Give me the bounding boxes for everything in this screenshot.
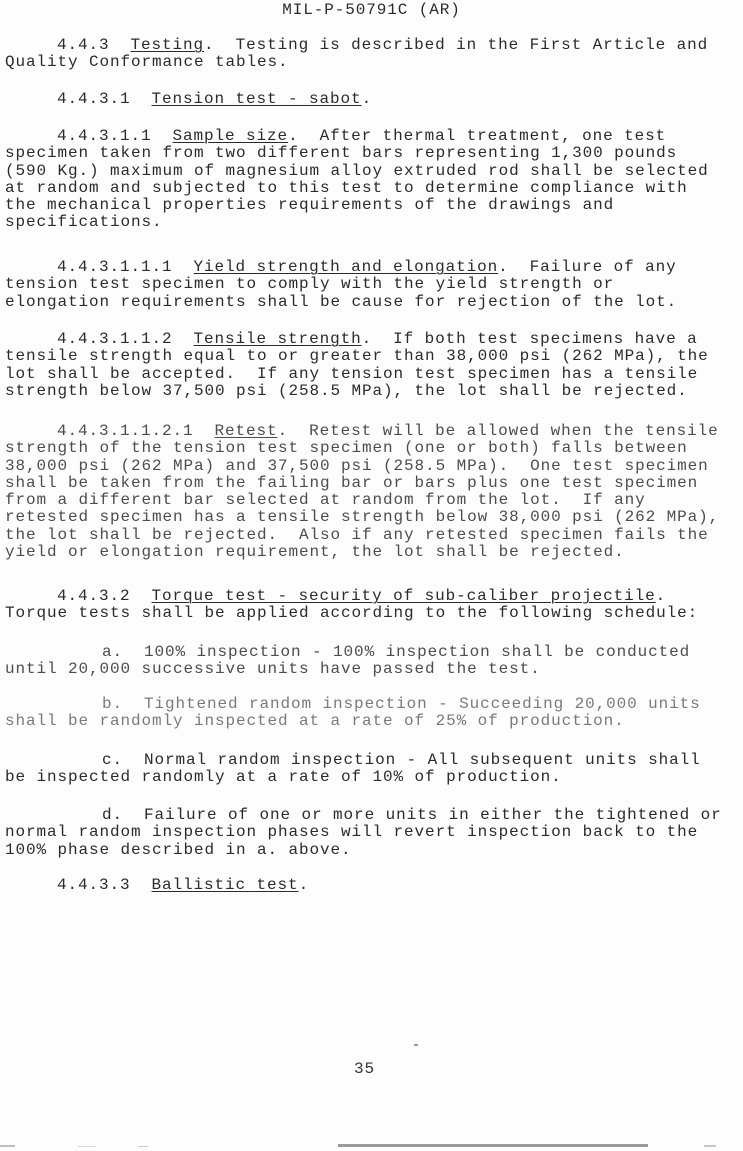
item-letter: b.: [102, 695, 123, 713]
clause-title: Tensile strength: [194, 330, 362, 348]
clause-4-4-3-1-1-2-1-retest: 4.4.3.1.1.2.1 Retest. Retest will be all…: [5, 423, 741, 561]
clause-4-4-3-2-torque-test: 4.4.3.2 Torque test - security of sub-ca…: [5, 588, 741, 623]
clause-4-4-3-testing: 4.4.3 Testing. Testing is described in t…: [5, 37, 741, 72]
clause-number: 4.4.3.1.1.2.1: [57, 422, 194, 440]
schedule-item-b: b. Tightened random inspection - Succeed…: [5, 696, 741, 731]
clause-4-4-3-1-1-2-tensile-strength: 4.4.3.1.1.2 Tensile strength. If both te…: [5, 331, 741, 400]
document-header: MIL-P-50791C (AR): [0, 2, 743, 19]
clause-title: Torque test - security of sub-caliber pr…: [152, 587, 656, 605]
clause-title: Sample size: [173, 127, 289, 145]
clause-4-4-3-3-ballistic-test: 4.4.3.3 Ballistic test.: [5, 877, 741, 894]
item-letter: a.: [102, 643, 123, 661]
clause-4-4-3-1-1-1-yield-strength: 4.4.3.1.1.1 Yield strength and elongatio…: [5, 259, 741, 311]
clause-title: Yield strength and elongation: [194, 258, 499, 276]
clause-number: 4.4.3.1.1.1: [57, 258, 173, 276]
page-number: 35: [354, 1061, 375, 1078]
scanned-document-page: MIL-P-50791C (AR) 4.4.3 Testing. Testing…: [0, 0, 743, 1151]
clause-title: Tension test - sabot: [152, 90, 362, 108]
clause-4-4-3-1-tension-test: 4.4.3.1 Tension test - sabot.: [5, 91, 741, 108]
spec-number: MIL-P-50791C (AR): [282, 1, 461, 19]
clause-number: 4.4.3.3: [57, 876, 131, 894]
schedule-item-d: d. Failure of one or more units in eithe…: [5, 807, 741, 859]
clause-number: 4.4.3.1.1.2: [57, 330, 173, 348]
schedule-item-a: a. 100% inspection - 100% inspection sha…: [5, 644, 741, 679]
clause-body: Retest will be allowed when the tensile …: [5, 422, 719, 561]
clause-4-4-3-1-1-sample-size: 4.4.3.1.1 Sample size. After thermal tre…: [5, 128, 741, 232]
clause-number: 4.4.3.1: [57, 90, 131, 108]
clause-title: Ballistic test: [152, 876, 299, 894]
schedule-item-c: c. Normal random inspection - All subseq…: [5, 752, 741, 787]
clause-title: Testing: [131, 36, 205, 54]
clause-number: 4.4.3.2: [57, 587, 131, 605]
clause-title: Retest: [215, 422, 278, 440]
scan-artifact-bottom-left-2: [78, 1146, 96, 1147]
scan-artifact-bottom-right: [704, 1145, 716, 1147]
clause-body: Torque tests shall be applied according …: [5, 604, 698, 622]
scan-artifact-bottom-left: [0, 1145, 15, 1147]
clause-number: 4.4.3.1.1: [57, 127, 152, 145]
scan-speck: [414, 1044, 418, 1046]
scan-artifact-bottom-line: [338, 1144, 648, 1147]
clause-number: 4.4.3: [57, 36, 110, 54]
item-letter: d.: [102, 806, 123, 824]
scan-artifact-bottom-left-3: [138, 1146, 148, 1147]
item-letter: c.: [102, 751, 123, 769]
